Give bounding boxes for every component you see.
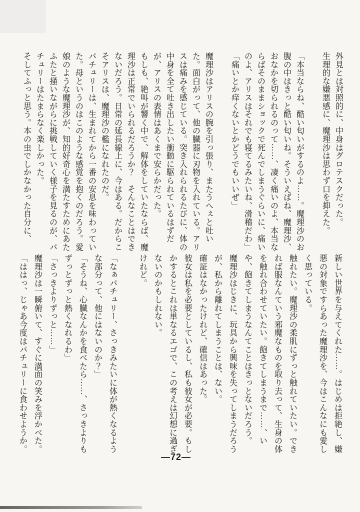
paragraph: 「さっきよりずっと……」 (46, 254, 61, 455)
paragraph: 「痛いとか痒くないとかどうでもいいぜ」 (229, 52, 242, 253)
novel-page: 外見とは対照的に、中身はグロテスクだった。 生理的な嫌悪感に、魔理沙は思わず口を… (0, 0, 360, 512)
blank-line (216, 52, 229, 253)
paragraph: 触れたい。魔理沙の柔肌にずっと触れていたい。できれば服なんていう邪魔なものを取り… (241, 254, 301, 455)
paragraph: 魔理沙は一瞬俯いて、すぐに満面の笑みを浮かべた。 (31, 254, 46, 455)
scan-edge-streak (0, 506, 142, 509)
paragraph: 「本当ならね、酷い匂いがするのよ……。魔理沙のお腹の中はきっと酷い匂いね。そうい… (242, 52, 307, 253)
upper-text-block: 外見とは対照的に、中身はグロテスクだった。 生理的な嫌悪感に、魔理沙は思わず口を… (21, 52, 346, 253)
paragraph: パチュリーは、生まれてから一番の安息を味わっていた。母というのはこのような感覚を… (34, 52, 99, 253)
paragraph: けれど。 (136, 254, 151, 455)
paragraph: 彼女は私を必要としているし、私も彼女が必要。もしかするとこれは単なるエゴで、この… (151, 254, 196, 455)
paragraph: 生理的な嫌悪感に、魔理沙は思わず口を抑えた。 (320, 52, 333, 253)
page-number: ―72― (0, 452, 352, 462)
paragraph: 「そうね、心臓なんかを食べたら……、さっきよりもずっとずっと熱くなれるわ」 (61, 254, 91, 455)
paragraph: 新しい世界を与えてくれた……。はじめは拒絶し、嫌悪の対象ですらあった魔理沙を、今… (301, 254, 346, 455)
blank-line (121, 254, 136, 455)
paragraph: そしてふっと思う。本の虫でしかなかった自分に、 (21, 52, 34, 253)
lower-text-block: 新しい世界を与えてくれた……。はじめは拒絶し、嫌悪の対象ですらあった魔理沙を、今… (16, 254, 346, 455)
paragraph: 魔理沙はアリスの腕を引っ張り、またうへぇと吐いた。面白がって、他の臓器に刃物を入… (151, 52, 216, 253)
paragraph: 外見とは対照的に、中身はグロテスクだった。 (333, 52, 346, 253)
paragraph: 確証はなかったけれど、確信はあった。 (196, 254, 211, 455)
paragraph: 「ははっ、じゃあ今度はパチュリーに食わせようか。 (16, 254, 31, 455)
scan-corner-smudge (0, 0, 46, 33)
paragraph: 「なぁパチュリー、さっきみたいに体が熱くなるような部分って、他にはないのか？」 (91, 254, 121, 455)
paragraph: 魔理沙はじきに、玩具から興味を失ってしまうだろうが、私から離れてしまうことは、な… (211, 254, 241, 455)
blank-line (307, 52, 320, 253)
paragraph: もしも、絶叫が響く中で、解体をしていたならば、魔理沙は正常でいられるだろうか？ … (99, 52, 151, 253)
